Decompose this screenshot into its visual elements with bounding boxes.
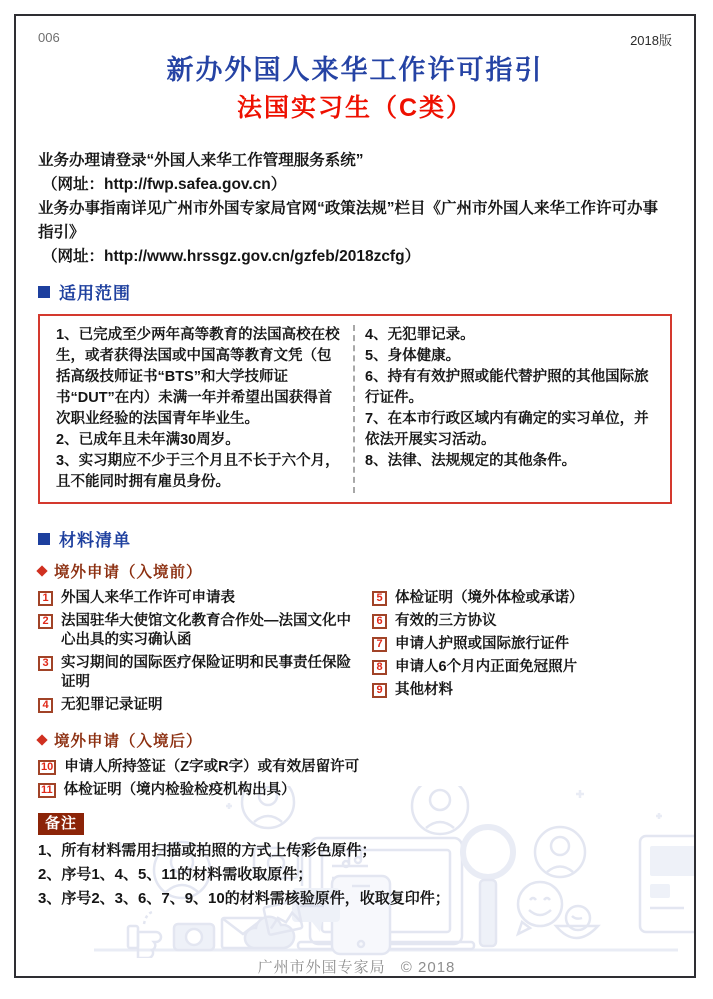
item-text: 其他材料	[395, 681, 453, 700]
item-number-badge: 10	[38, 760, 56, 775]
material-item: 4 无犯罪记录证明	[38, 696, 358, 715]
scope-item: 8、法律、法规规定的其他条件。	[365, 451, 654, 472]
item-number-badge: 2	[38, 614, 53, 629]
square-bullet-icon	[38, 286, 50, 298]
item-number-badge: 5	[372, 591, 387, 606]
page-title: 新办外国人来华工作许可指引	[38, 53, 672, 87]
scope-item: 7、在本市行政区域内有确定的实习单位，并依法开展实习活动。	[365, 409, 654, 451]
item-number-badge: 4	[38, 698, 53, 713]
notes-section: 备注 1、所有材料需用扫描或拍照的方式上传彩色原件； 2、序号1、4、5、11的…	[38, 813, 672, 911]
scope-column-right: 4、无犯罪记录。 5、身体健康。 6、持有有效护照或能代替护照的其他国际旅行证件…	[355, 325, 664, 493]
materials-list-post-entry: 10 申请人所持签证（Z字或R字）或有效居留许可 11 体检证明（境内检验检疫机…	[38, 758, 672, 800]
material-item: 6 有效的三方协议	[372, 612, 672, 631]
materials-heading-label: 材料清单	[59, 526, 131, 551]
item-number-badge: 6	[372, 614, 387, 629]
page-number: 006	[38, 30, 60, 49]
scope-box: 1、已完成至少两年高等教育的法国高校在校生，或者获得法国或中国高等教育文凭（包括…	[38, 314, 672, 504]
square-bullet-icon	[38, 533, 50, 545]
post-entry-heading: 境外申请（入境后）	[38, 729, 672, 751]
scope-item: 6、持有有效护照或能代替护照的其他国际旅行证件。	[365, 367, 654, 409]
page-footer: 广州市外国专家局 © 2018	[0, 956, 713, 977]
item-text: 法国驻华大使馆文化教育合作处—法国文化中心出具的实习确认函	[61, 612, 358, 650]
materials-column-right: 5 体检证明（境外体检或承诺） 6 有效的三方协议 7 申请人护照或国际旅行证件…	[358, 589, 672, 719]
material-item: 8 申请人6个月内正面免冠照片	[372, 658, 672, 677]
material-item: 3 实习期间的国际医疗保险证明和民事责任保险证明	[38, 654, 358, 692]
item-number-badge: 11	[38, 783, 56, 798]
item-number-badge: 3	[38, 656, 53, 671]
material-item: 2 法国驻华大使馆文化教育合作处—法国文化中心出具的实习确认函	[38, 612, 358, 650]
item-text: 申请人所持签证（Z字或R字）或有效居留许可	[64, 758, 359, 777]
edition-label: 2018版	[630, 30, 672, 49]
page-content: 006 2018版 新办外国人来华工作许可指引 法国实习生（C类） 业务办理请登…	[16, 16, 694, 976]
item-text: 实习期间的国际医疗保险证明和民事责任保险证明	[61, 654, 358, 692]
page-header: 006 2018版	[38, 30, 672, 49]
section-materials-heading: 材料清单	[38, 526, 672, 551]
pre-entry-heading-label: 境外申请（入境前）	[54, 560, 203, 582]
intro-line: 业务办事指南详见广州市外国专家局官网“政策法规”栏目《广州市外国人来华工作许可办…	[38, 197, 672, 245]
item-text: 申请人护照或国际旅行证件	[395, 635, 569, 654]
footer-org: 广州市外国专家局	[258, 959, 386, 976]
material-item: 7 申请人护照或国际旅行证件	[372, 635, 672, 654]
item-text: 无犯罪记录证明	[61, 696, 163, 715]
materials-column-left: 1 外国人来华工作许可申请表 2 法国驻华大使馆文化教育合作处—法国文化中心出具…	[38, 589, 358, 719]
notes-list: 1、所有材料需用扫描或拍照的方式上传彩色原件； 2、序号1、4、5、11的材料需…	[38, 839, 672, 911]
intro-block: 业务办理请登录“外国人来华工作管理服务系统” （网址：http://fwp.sa…	[38, 149, 672, 269]
item-text: 有效的三方协议	[395, 612, 497, 631]
scope-item: 3、实习期应不少于三个月且不长于六个月，且不能同时拥有雇员身份。	[56, 451, 343, 493]
scope-item: 2、已成年且未年满30周岁。	[56, 430, 343, 451]
scope-item: 1、已完成至少两年高等教育的法国高校在校生，或者获得法国或中国高等教育文凭（包括…	[56, 325, 343, 430]
note-line: 3、序号2、3、6、7、9、10的材料需核验原件，收取复印件；	[38, 887, 672, 911]
material-item: 11 体检证明（境内检验检疫机构出具）	[38, 781, 672, 800]
diamond-bullet-icon	[36, 734, 47, 745]
post-entry-heading-label: 境外申请（入境后）	[54, 729, 203, 751]
item-text: 体检证明（境外体检或承诺）	[395, 589, 584, 608]
pre-entry-heading: 境外申请（入境前）	[38, 560, 672, 582]
footer-copyright: © 2018	[401, 959, 456, 976]
notes-badge: 备注	[38, 813, 84, 835]
scope-column-left: 1、已完成至少两年高等教育的法国高校在校生，或者获得法国或中国高等教育文凭（包括…	[46, 325, 355, 493]
material-item: 1 外国人来华工作许可申请表	[38, 589, 358, 608]
item-text: 体检证明（境内检验检疫机构出具）	[64, 781, 296, 800]
diamond-bullet-icon	[36, 565, 47, 576]
item-text: 外国人来华工作许可申请表	[61, 589, 235, 608]
scope-heading-label: 适用范围	[59, 279, 131, 304]
item-number-badge: 9	[372, 683, 387, 698]
intro-url-line: （网址：http://www.hrssgz.gov.cn/gzfeb/2018z…	[38, 245, 672, 269]
intro-line: 业务办理请登录“外国人来华工作管理服务系统”	[38, 149, 672, 173]
note-line: 2、序号1、4、5、11的材料需收取原件；	[38, 863, 672, 887]
item-text: 申请人6个月内正面免冠照片	[395, 658, 577, 677]
scope-item: 5、身体健康。	[365, 346, 654, 367]
intro-url-line: （网址：http://fwp.safea.gov.cn）	[38, 173, 672, 197]
item-number-badge: 1	[38, 591, 53, 606]
scope-item: 4、无犯罪记录。	[365, 325, 654, 346]
material-item: 5 体检证明（境外体检或承诺）	[372, 589, 672, 608]
materials-list-pre-entry: 1 外国人来华工作许可申请表 2 法国驻华大使馆文化教育合作处—法国文化中心出具…	[38, 589, 672, 719]
section-scope-heading: 适用范围	[38, 279, 672, 304]
material-item: 9 其他材料	[372, 681, 672, 700]
note-line: 1、所有材料需用扫描或拍照的方式上传彩色原件；	[38, 839, 672, 863]
item-number-badge: 7	[372, 637, 387, 652]
material-item: 10 申请人所持签证（Z字或R字）或有效居留许可	[38, 758, 672, 777]
item-number-badge: 8	[372, 660, 387, 675]
page-subtitle: 法国实习生（C类）	[38, 92, 672, 124]
